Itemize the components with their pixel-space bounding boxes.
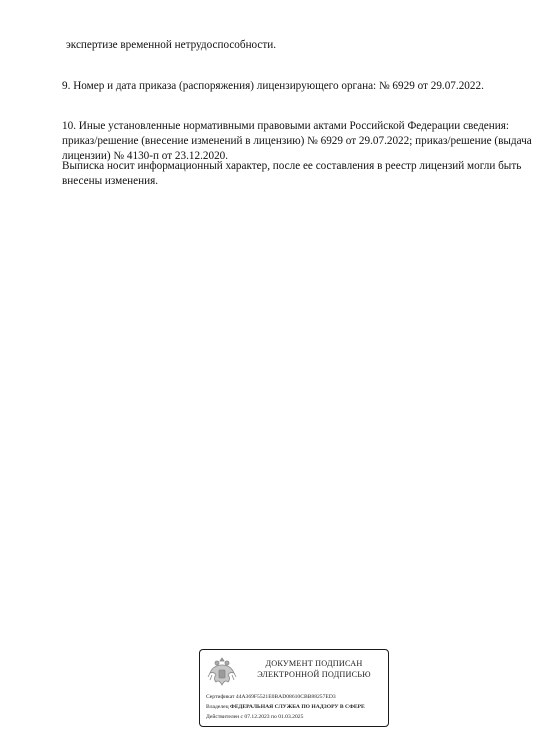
stamp-certificate: Сертификат 44A369F5521E0BAD08610CBB88257… <box>206 693 336 701</box>
paragraph-order-number: 9. Номер и дата приказа (распоряжения) л… <box>62 79 532 94</box>
paragraph-other-info: 10. Иные установленные нормативными прав… <box>62 119 532 164</box>
valid-to-label: по <box>271 714 277 720</box>
document-page: экспертизе временной нетрудоспособности.… <box>0 0 550 736</box>
stamp-validity: Действителен с 07.12.2023 по 01.03.2025 <box>206 713 303 721</box>
owner-value: ФЕДЕРАЛЬНАЯ СЛУЖБА ПО НАДЗОРУ В СФЕРЕ <box>230 704 365 710</box>
owner-label: Владелец <box>206 704 229 710</box>
certificate-label: Сертификат <box>206 694 234 700</box>
paragraph-disclaimer: Выписка носит информационный характер, п… <box>62 159 532 189</box>
stamp-title: ДОКУМЕНТ ПОДПИСАН ЭЛЕКТРОННОЙ ПОДПИСЬЮ <box>244 658 384 680</box>
stamp-title-line1: ДОКУМЕНТ ПОДПИСАН <box>244 658 384 669</box>
valid-to: 01.03.2025 <box>278 714 303 720</box>
paragraph-continuation: экспертизе временной нетрудоспособности. <box>66 38 536 53</box>
russian-coat-of-arms-icon <box>206 655 238 689</box>
validity-label: Действителен с <box>206 714 243 720</box>
certificate-value: 44A369F5521E0BAD08610CBB88257ED3 <box>236 694 336 700</box>
stamp-title-line2: ЭЛЕКТРОННОЙ ПОДПИСЬЮ <box>244 669 384 680</box>
valid-from: 07.12.2023 <box>244 714 269 720</box>
stamp-owner: Владелец ФЕДЕРАЛЬНАЯ СЛУЖБА ПО НАДЗОРУ В… <box>206 703 365 711</box>
electronic-signature-stamp: ДОКУМЕНТ ПОДПИСАН ЭЛЕКТРОННОЙ ПОДПИСЬЮ С… <box>199 649 389 727</box>
